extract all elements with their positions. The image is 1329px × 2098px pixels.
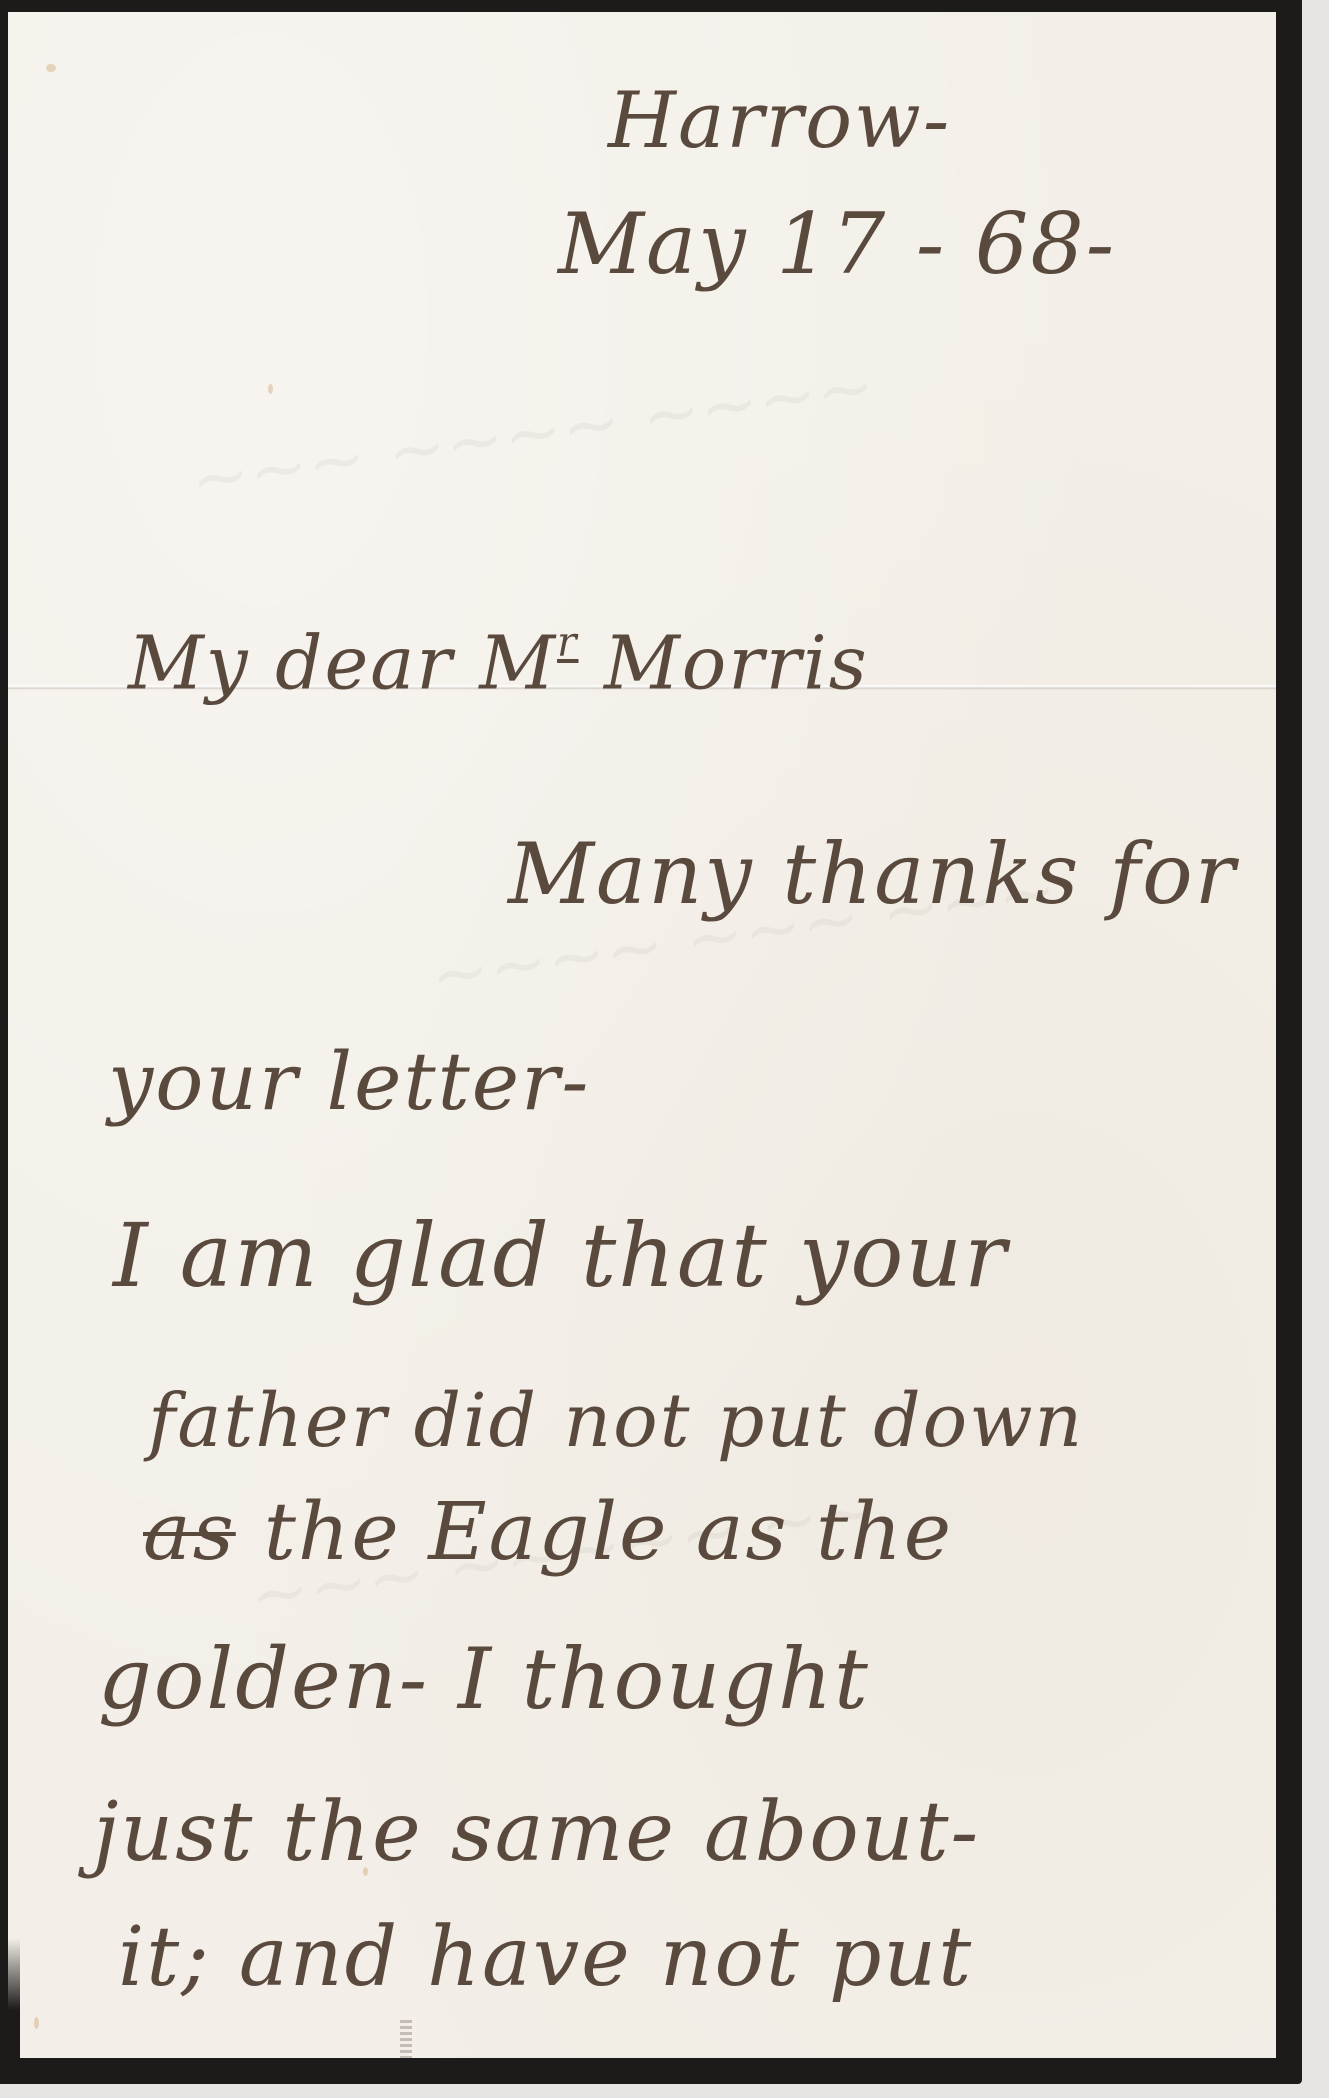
scan-background: ~~~ ~~~~ ~~~~ ~~~~ ~~~ ~~~ ~~~ ~~~~~ ~~ … [0,0,1329,2098]
paper-stain [34,2017,39,2029]
bleed-through: ~~~ ~~~~ ~~~~ [186,344,880,521]
body-line-6: golden- I thought [98,1637,870,1721]
paper-stain [268,384,273,394]
letter-page: ~~~ ~~~~ ~~~~ ~~~~ ~~~ ~~~ ~~~ ~~~~~ ~~ … [8,12,1276,2058]
salutation-prefix: My dear M [128,621,557,707]
salutation-title-sup: r [557,618,578,666]
letter-place: Harrow- [608,82,951,160]
body-line-8: it; and have not put [118,1917,973,1999]
body-line-1: Many thanks for [508,832,1237,916]
body-line-7-text: just the same about- [93,1785,980,1880]
salutation: My dear Mr Morris [128,622,869,701]
body-line-2: your letter- [108,1042,590,1122]
body-line-4: father did not put down [148,1384,1084,1458]
body-line-3: I am glad that your [113,1212,1008,1300]
letter-date: May 17 - 68- [558,202,1116,286]
salutation-name: Morris [604,621,869,707]
ink-smudge [400,2020,412,2058]
struck-word: as [143,1485,236,1578]
body-line-5: asthe Eagle as the [143,1492,953,1572]
body-line-5-text: the Eagle as the [264,1485,953,1578]
paper-stain [46,64,56,72]
body-line-7: just the same about- [93,1792,980,1874]
